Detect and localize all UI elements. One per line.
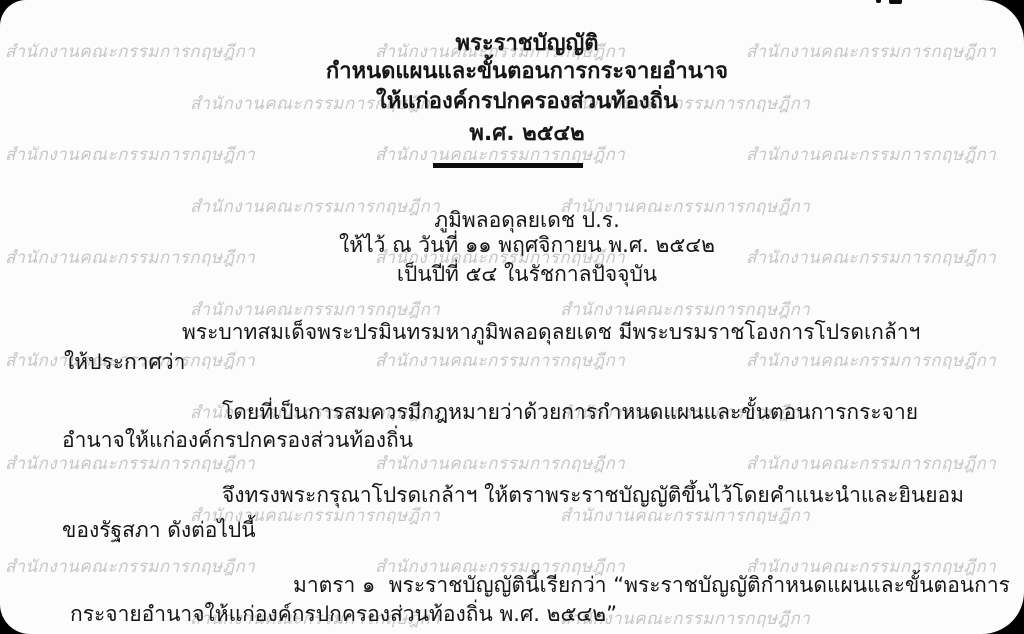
preamble-paragraph1-line2: ให้ประกาศว่า bbox=[64, 349, 185, 375]
document-page: สำนักงานคณะกรรมการกฤษฎีกาสำนักงานคณะกรรม… bbox=[0, 0, 1024, 634]
section1-line1: มาตรา ๑ พระราชบัญญัตินี้เรียกว่า “พระราช… bbox=[293, 572, 1010, 598]
title-divider bbox=[433, 163, 583, 168]
act-year: พ.ศ. ๒๕๔๒ bbox=[30, 121, 1024, 147]
act-title: พระราชบัญญัติ bbox=[30, 31, 1024, 57]
cropped-text-fragment bbox=[889, 0, 902, 4]
cropped-text-fragment bbox=[876, 0, 881, 3]
preamble-paragraph2-line2: อำนาจให้แก่องค์กรปกครองส่วนท้องถิ่น bbox=[62, 427, 413, 453]
act-title-line3: ให้แก่องค์กรปกครองส่วนท้องถิ่น bbox=[30, 89, 1024, 115]
royal-signature-line: ภูมิพลอดุลยเดช ป.ร. bbox=[30, 207, 1024, 233]
enactment-paragraph-line2: ของรัฐสภา ดังต่อไปนี้ bbox=[62, 517, 256, 543]
enactment-paragraph-line1: จึงทรงพระกรุณาโปรดเกล้าฯ ให้ตราพระราชบัญ… bbox=[222, 482, 964, 508]
preamble-paragraph1-line1: พระบาทสมเด็จพระปรมินทรมหาภูมิพลอดุลยเดช … bbox=[182, 319, 920, 345]
section1-line2: กระจายอำนาจให้แก่องค์กรปกครองส่วนท้องถิ่… bbox=[70, 601, 617, 627]
act-title-line2: กำหนดแผนและขั้นตอนการกระจายอำนาจ bbox=[30, 59, 1024, 85]
reign-year-line: เป็นปีที่ ๕๔ ในรัชกาลปัจจุบัน bbox=[30, 261, 1024, 287]
preamble-paragraph2-line1: โดยที่เป็นการสมควรมีกฎหมายว่าด้วยการกำหน… bbox=[222, 399, 918, 425]
document-text-layer: พระราชบัญญัติ กำหนดแผนและขั้นตอนการกระจา… bbox=[0, 0, 1024, 634]
promulgation-date-line: ให้ไว้ ณ วันที่ ๑๑ พฤศจิกายน พ.ศ. ๒๕๔๒ bbox=[30, 232, 1024, 258]
